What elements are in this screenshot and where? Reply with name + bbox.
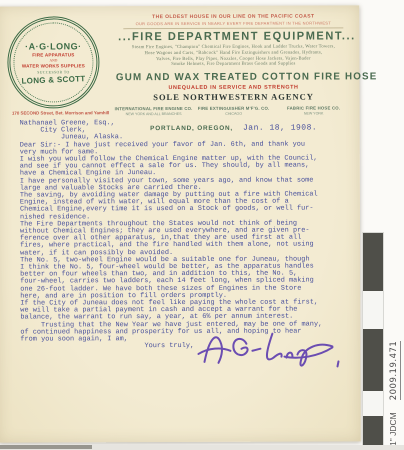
scanner-edge-dark — [0, 445, 92, 449]
agency-column: FIRE EXTINGUISHER M'F'G. CO. CHICAGO — [194, 106, 274, 116]
divider-rule — [123, 27, 344, 29]
ag-long-logo: ·A·G·LONG· FIRE APPARATUS AND WATER WORK… — [7, 16, 99, 108]
banner-line-2: OUR GOODS ARE IN SERVICE IN NEARLY EVERY… — [113, 20, 353, 26]
logo-line-fire-apparatus: FIRE APPARATUS — [32, 52, 74, 57]
scale-bar-segment — [363, 291, 383, 329]
agency-name: FIRE EXTINGUISHER M'F'G. CO. — [194, 106, 274, 111]
agency-name: INTERNATIONAL FIRE ENGINE CO. — [114, 106, 194, 111]
logo-line-and: AND — [50, 58, 58, 62]
letterhead: THE OLDEST HOUSE IN OUR LINE ON THE PACI… — [113, 13, 353, 133]
signature — [194, 323, 344, 376]
scale-bar-segment — [363, 329, 383, 391]
accession-number: 2009.19.471 — [389, 341, 401, 401]
scale-bar-segment — [363, 416, 383, 446]
agency-column: INTERNATIONAL FIRE ENGINE CO. NEW YORK A… — [114, 106, 194, 116]
letterhead-title: ...FIRE DEPARTMENT EQUIPMENT... — [118, 30, 348, 43]
equipment-list: Steam Fire Engines, "Champion" Chemical … — [113, 44, 353, 68]
hose-subtitle: UNEQUALED IN SERVICE AND STRENGTH — [114, 85, 354, 92]
agency-location: NEW YORK AND ALL BRANCHES — [114, 112, 194, 116]
logo-company-name: ·A·G·LONG· — [25, 41, 82, 51]
agency-columns: INTERNATIONAL FIRE ENGINE CO. NEW YORK A… — [114, 106, 354, 117]
logo-line-long-scott: LONG & SCOTT — [21, 74, 85, 85]
hose-product-line: GUM AND WAX TREATED COTTON FIRE HOSE — [116, 72, 351, 84]
scale-bar-segment — [363, 391, 383, 416]
agency-column: FABRIC FIRE HOSE CO. NEW YORK — [274, 106, 354, 116]
archival-side-label: 1" JDCM 2009.19.471 — [388, 286, 401, 446]
agency-location: NEW YORK — [274, 112, 354, 116]
scale-label: 1" JDCM — [388, 412, 398, 446]
agency-title: SOLE NORTHWESTERN AGENCY — [114, 92, 354, 103]
letter-body: Nathanael Greene, Esq., City Clerk, June… — [20, 119, 353, 351]
scale-bar-segment — [363, 233, 383, 291]
agency-name: FABRIC FIRE HOSE CO. — [274, 106, 354, 111]
agency-location: CHICAGO — [194, 112, 274, 116]
grayscale-scale-bar — [363, 233, 383, 446]
letter-paper: ·A·G·LONG· FIRE APPARATUS AND WATER WORK… — [0, 5, 361, 442]
banner-line-1: THE OLDEST HOUSE IN OUR LINE ON THE PACI… — [113, 13, 353, 20]
street-address: 170 SECOND Street, Bet. Morrison and Yam… — [0, 110, 124, 115]
logo-line-successor: SUCCESSOR TO — [37, 70, 69, 74]
logo-line-water-works: WATER WORKS SUPPLIES — [22, 63, 85, 68]
equipment-line: Smoke Helmets, Fire Department Brass Goo… — [113, 62, 353, 69]
